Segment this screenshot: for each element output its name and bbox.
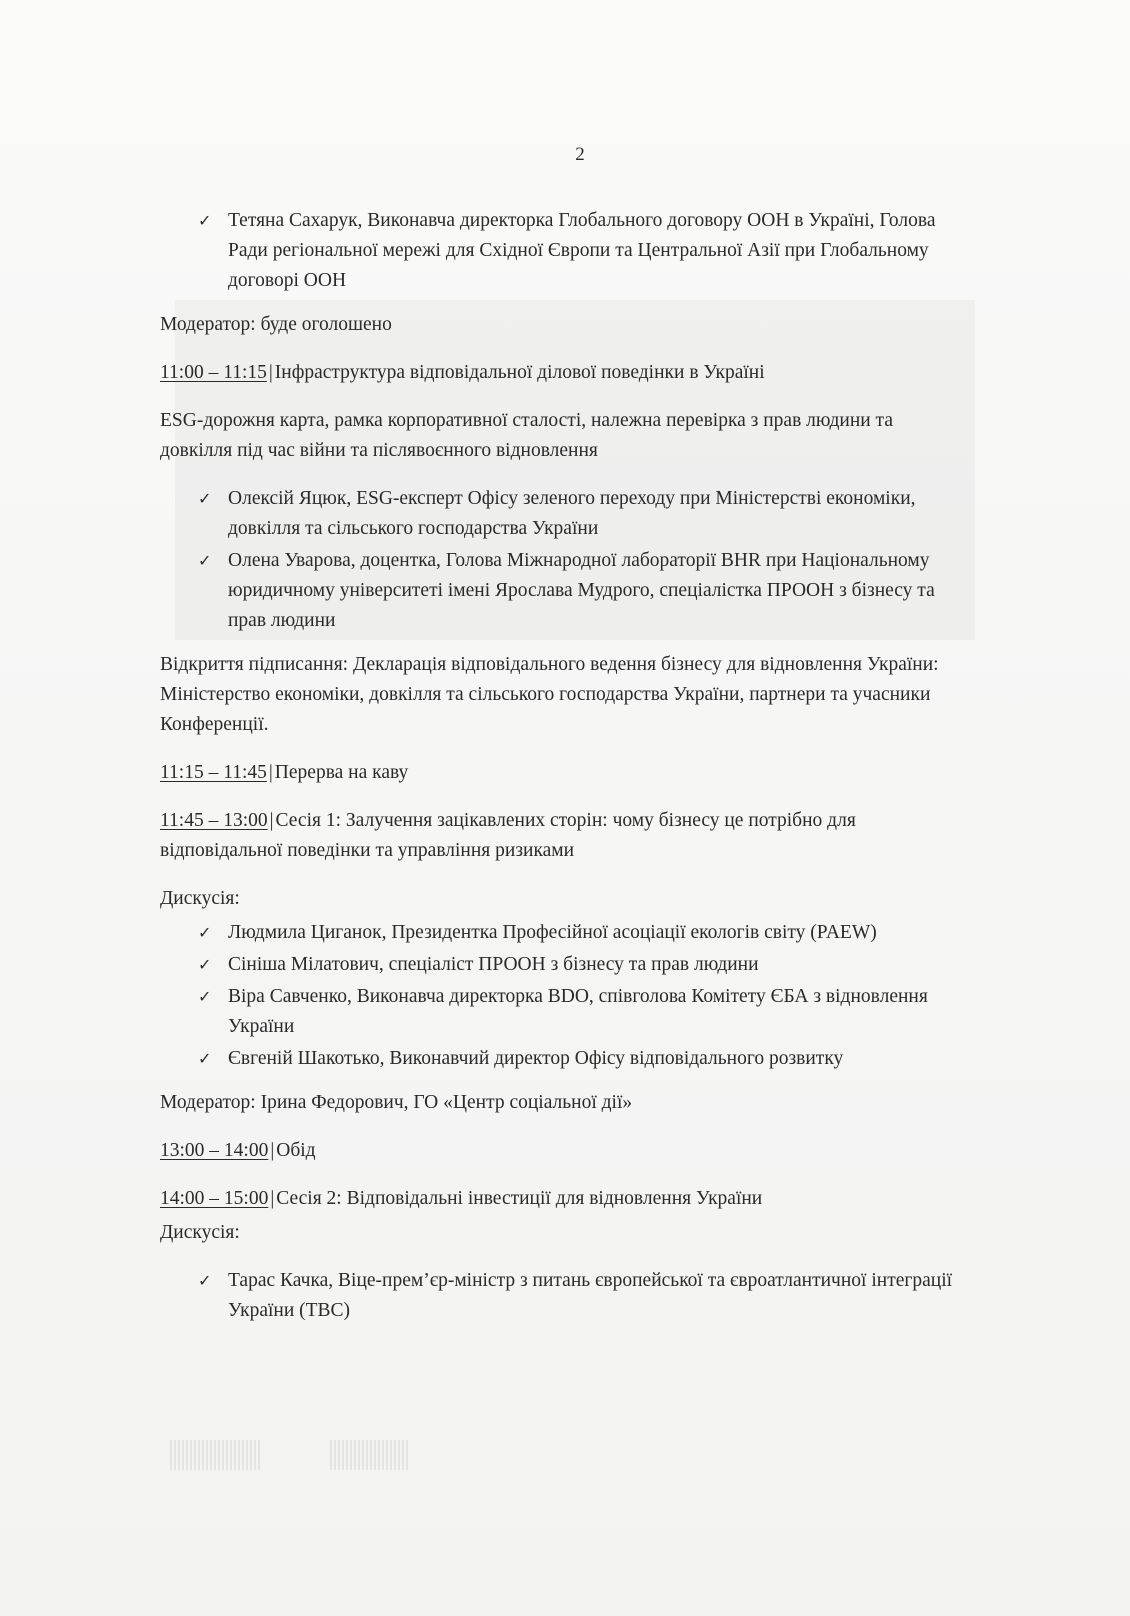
checkmark-icon: ✓	[198, 206, 211, 236]
document-page: 2 ✓Тетяна Сахарук, Виконавча директорка …	[0, 0, 1130, 1616]
signing-note: Відкриття підписання: Декларація відпові…	[160, 650, 960, 740]
session-title: Обід	[276, 1140, 315, 1161]
session-time: 11:45 – 13:00	[160, 810, 268, 831]
document-content: 2 ✓Тетяна Сахарук, Виконавча директорка …	[160, 140, 960, 1340]
discussion-label: Дискусія:	[160, 1218, 960, 1248]
session-description: ESG-дорожня карта, рамка корпоративної с…	[160, 406, 960, 466]
list-item: ✓Євгеній Шакотько, Виконавчий директор О…	[160, 1044, 960, 1074]
list-item: ✓Олексій Яцюк, ESG-експерт Офісу зеленог…	[160, 484, 960, 544]
discussion-label: Дискусія:	[160, 884, 960, 914]
speaker-list: ✓Людмила Циганок, Президентка Професійно…	[160, 918, 960, 1074]
moderator-text: Модератор: Ірина Федорович, ГО «Центр со…	[160, 1088, 960, 1118]
session-heading: 11:45 – 13:00|Сесія 1: Залучення зацікав…	[160, 806, 960, 866]
session-time: 13:00 – 14:00	[160, 1140, 268, 1161]
list-item: ✓Тарас Качка, Віце-прем’єр-міністр з пит…	[160, 1266, 960, 1326]
session-time: 11:15 – 11:45	[160, 762, 267, 783]
list-item: ✓Людмила Циганок, Президентка Професійно…	[160, 918, 960, 948]
list-item: ✓Олена Уварова, доцентка, Голова Міжнаро…	[160, 546, 960, 636]
checkmark-icon: ✓	[198, 918, 211, 948]
checkmark-icon: ✓	[198, 982, 211, 1012]
session-heading: 11:15 – 11:45|Перерва на каву	[160, 758, 960, 788]
speaker-list: ✓Тетяна Сахарук, Виконавча директорка Гл…	[160, 206, 960, 296]
bleed-through-footer	[150, 1400, 1050, 1500]
page-number: 2	[160, 140, 960, 170]
list-item: ✓Віра Савченко, Виконавча директорка BDO…	[160, 982, 960, 1042]
session-time: 11:00 – 11:15	[160, 362, 267, 383]
session-heading: 13:00 – 14:00|Обід	[160, 1136, 960, 1166]
session-heading: 11:00 – 11:15|Інфраструктура відповідаль…	[160, 358, 960, 388]
checkmark-icon: ✓	[198, 484, 211, 514]
session-title: Перерва на каву	[275, 762, 408, 783]
moderator-text: Модератор: буде оголошено	[160, 310, 960, 340]
checkmark-icon: ✓	[198, 950, 211, 980]
session-title: Сесія 2: Відповідальні інвестиції для ві…	[276, 1188, 762, 1209]
session-time: 14:00 – 15:00	[160, 1188, 268, 1209]
session-title: Інфраструктура відповідальної ділової по…	[275, 362, 765, 383]
session-heading: 14:00 – 15:00|Сесія 2: Відповідальні інв…	[160, 1184, 960, 1214]
list-item: ✓Тетяна Сахарук, Виконавча директорка Гл…	[160, 206, 960, 296]
checkmark-icon: ✓	[198, 1266, 211, 1296]
checkmark-icon: ✓	[198, 546, 211, 576]
speaker-list: ✓Тарас Качка, Віце-прем’єр-міністр з пит…	[160, 1266, 960, 1326]
checkmark-icon: ✓	[198, 1044, 211, 1074]
speaker-list: ✓Олексій Яцюк, ESG-експерт Офісу зеленог…	[160, 484, 960, 636]
list-item: ✓Сініша Мілатович, спеціаліст ПРООН з бі…	[160, 950, 960, 980]
